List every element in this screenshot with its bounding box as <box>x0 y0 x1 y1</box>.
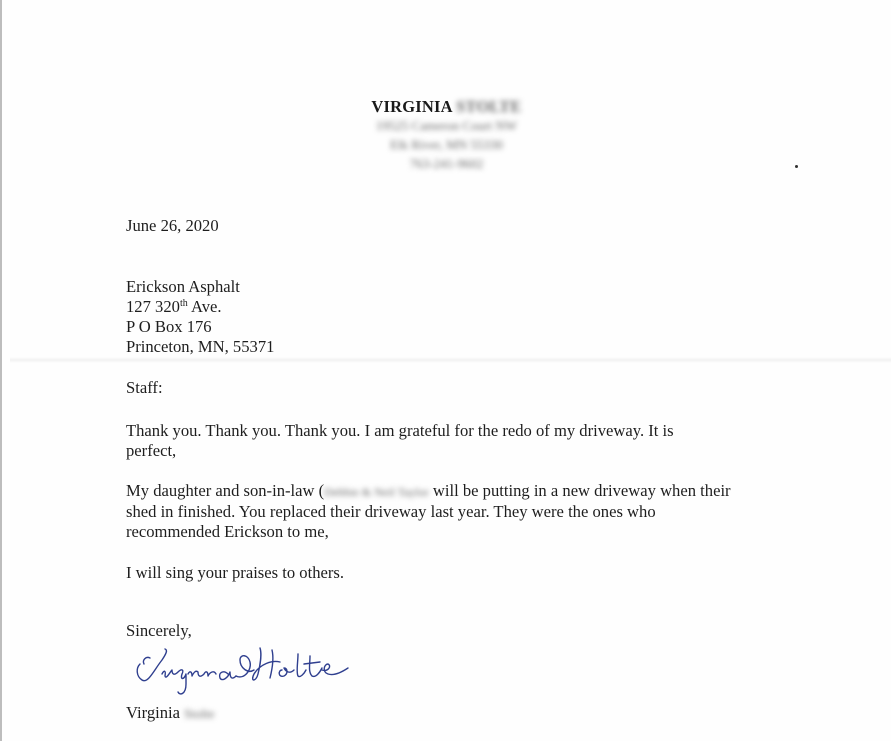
letterhead-address-line1: 19525 Cameron Court NW <box>2 116 891 135</box>
recipient-city-state-zip: Princeton, MN, 55371 <box>126 337 274 357</box>
body-paragraph-1: Thank you. Thank you. Thank you. I am gr… <box>126 421 726 461</box>
recipient-block: Erickson Asphalt 127 320th Ave. P O Box … <box>126 277 274 357</box>
salutation: Staff: <box>126 378 163 398</box>
letterhead-first-name: VIRGINIA <box>371 97 451 116</box>
recipient-street: 127 320th Ave. <box>126 297 274 317</box>
letterhead-name: VIRGINIA STOLTE <box>2 97 891 116</box>
handwritten-signature-icon <box>132 640 382 700</box>
letterhead-phone: 763-241-9602 <box>2 154 891 173</box>
signoff-last-name-redacted: Stolte <box>184 706 214 721</box>
letter-page: VIRGINIA STOLTE 19525 Cameron Court NW E… <box>0 0 891 741</box>
letterhead-last-name-redacted: STOLTE <box>456 97 521 116</box>
closing: Sincerely, <box>126 621 192 641</box>
scan-fold-line <box>10 357 891 363</box>
redacted-names: Debbie & Neil Taylor <box>324 485 429 499</box>
body-paragraph-2: My daughter and son-in-law (Debbie & Nei… <box>126 481 751 542</box>
recipient-po-box: P O Box 176 <box>126 317 274 337</box>
signoff-name: Virginia Stolte <box>126 703 215 724</box>
body-paragraph-3: I will sing your praises to others. <box>126 563 344 583</box>
letter-date: June 26, 2020 <box>126 216 219 236</box>
letterhead-address-line2: Elk River, MN 55330 <box>2 135 891 154</box>
recipient-company: Erickson Asphalt <box>126 277 274 297</box>
letterhead: VIRGINIA STOLTE 19525 Cameron Court NW E… <box>2 97 891 173</box>
